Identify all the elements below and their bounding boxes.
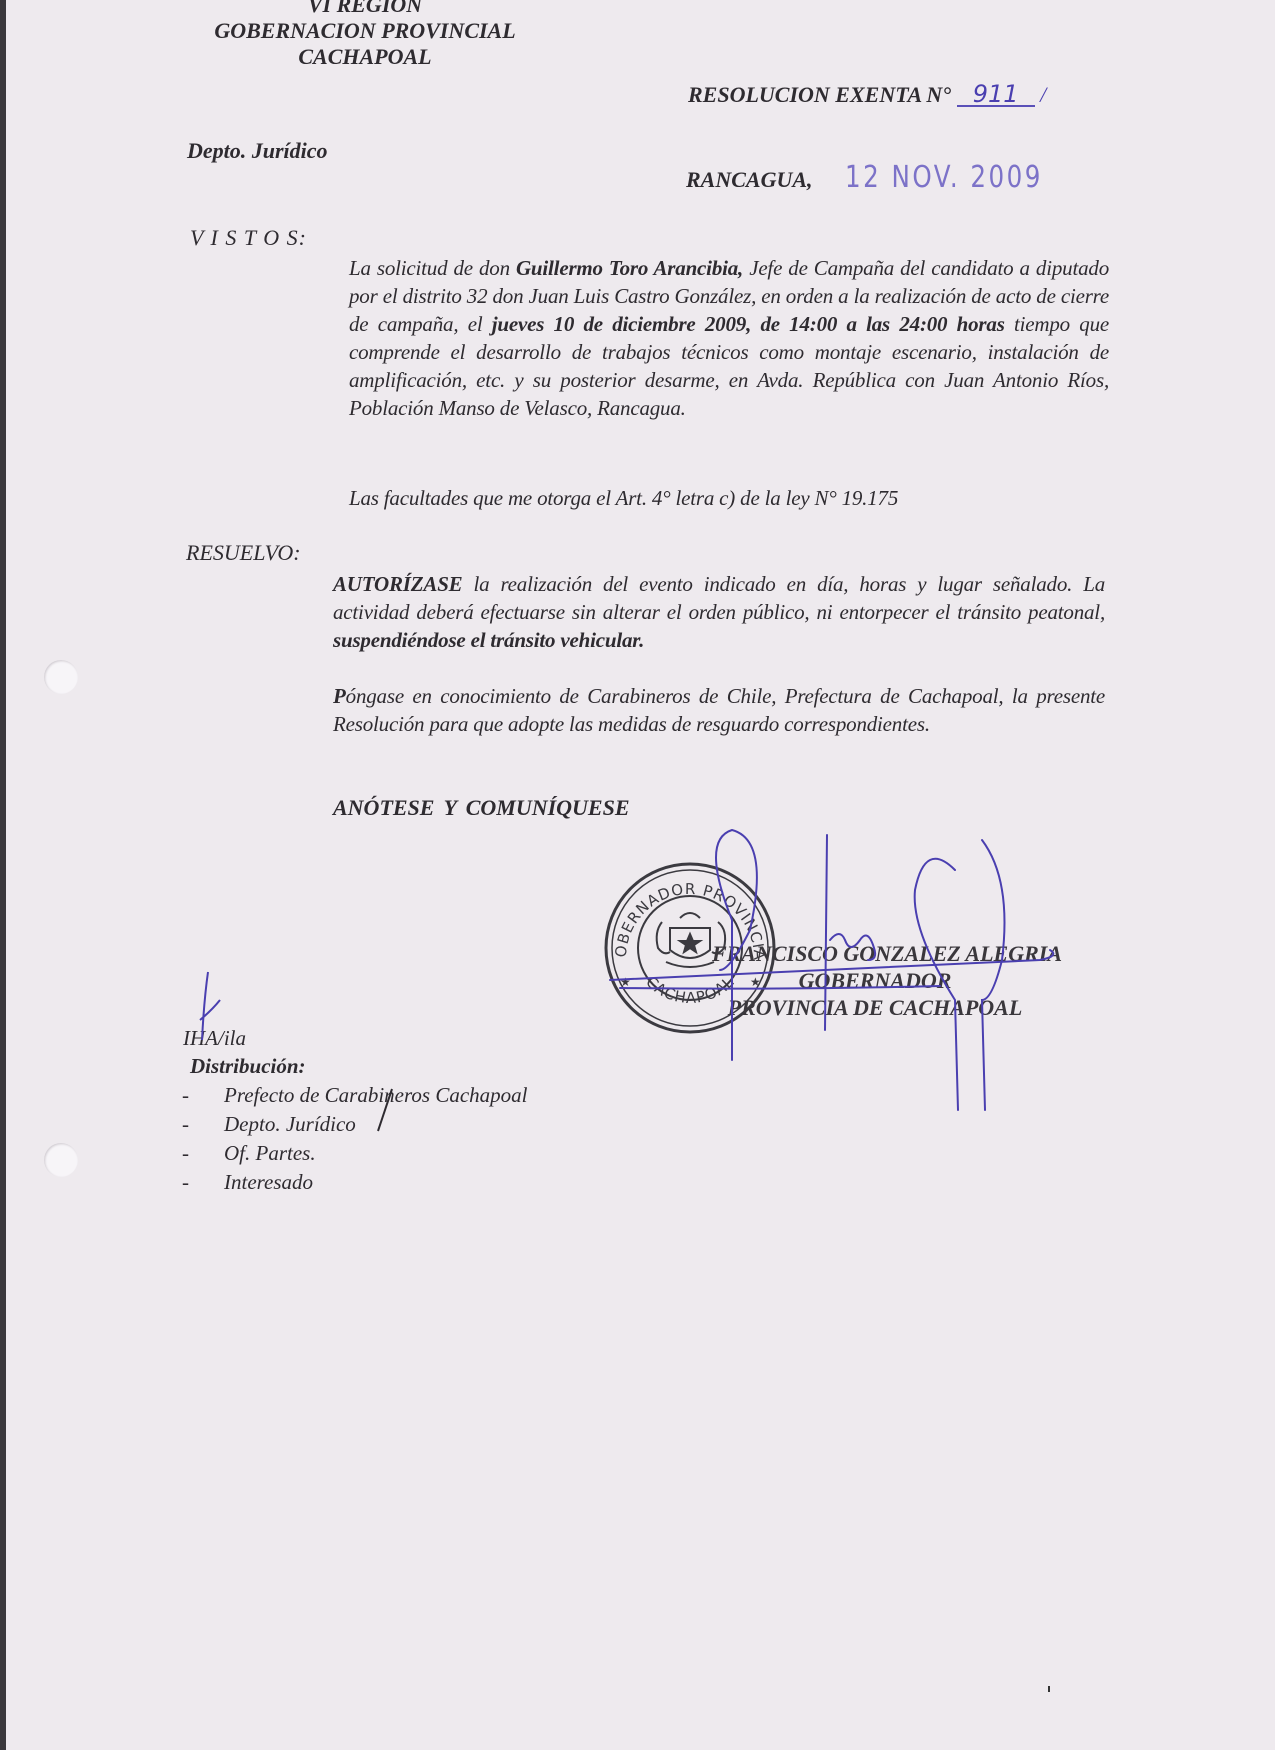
distribution-item: Depto. Jurídico [182,1110,528,1139]
resolution-label: RESOLUCION EXENTA N° [688,82,951,107]
resolution-handwritten-mark: / [1040,82,1046,107]
resolution-number-line: RESOLUCION EXENTA N° 911 / [688,82,1046,108]
closing-formula: ANÓTESE Y COMUNÍQUESE [333,795,630,821]
distribution-item: Of. Partes. [182,1139,528,1168]
vistos-paragraph-1: La solicitud de don Guillermo Toro Aranc… [349,254,1109,422]
resuelvo-label: RESUELVO: [186,540,301,566]
distribution-item: Prefecto de Carabineros Cachapoal [182,1081,528,1110]
resolution-number: 911 [957,83,1035,107]
scan-speck [1048,1686,1050,1692]
punch-hole-top [44,660,78,694]
svg-text:★: ★ [620,975,631,989]
distribution-list: Prefecto de Carabineros Cachapoal Depto.… [182,1081,528,1197]
date-stamp: 12 NOV. 2009 [845,160,1043,195]
city-label: RANCAGUA, [686,167,813,192]
distribution-label: Distribución: [190,1052,306,1081]
resuelvo-paragraph-1: AUTORÍZASE la realización del evento ind… [333,570,1105,654]
header-province: CACHAPOAL [180,44,550,70]
punch-hole-bottom [44,1143,78,1177]
header-office: GOBERNACION PROVINCIAL [180,18,550,44]
check-mark [370,1085,400,1135]
scan-edge [0,0,6,1750]
handwritten-signature [640,820,1080,1120]
distribution-list-container: Prefecto de Carabineros Cachapoal Depto.… [182,1081,528,1197]
initials-pen-mark [190,970,230,1050]
header-region: VI REGION [180,0,550,18]
vistos-paragraph-2: Las facultades que me otorga el Art. 4° … [349,484,1109,512]
resuelvo-paragraph-2: Póngase en conocimiento de Carabineros d… [333,682,1105,738]
letterhead: VI REGION GOBERNACION PROVINCIAL CACHAPO… [180,0,550,70]
distribution-item: Interesado [182,1168,528,1197]
department-label: Depto. Jurídico [187,138,328,164]
vistos-label: V I S T O S: [190,225,307,251]
place-date-line: RANCAGUA, [686,167,813,193]
